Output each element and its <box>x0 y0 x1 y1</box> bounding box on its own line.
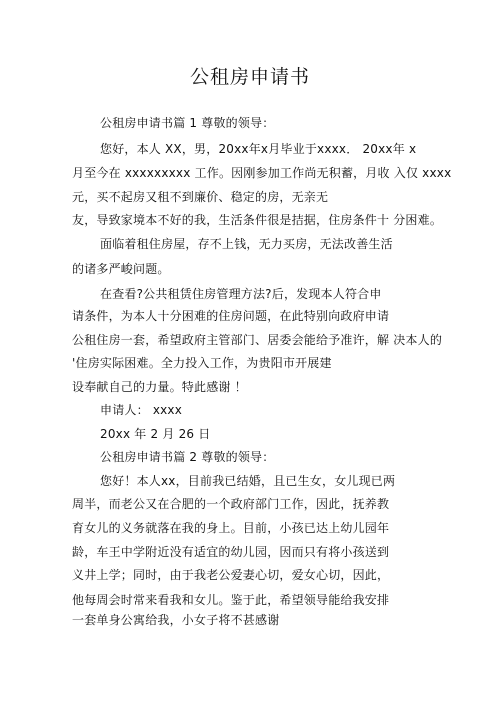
paragraph-line: 他每周会时常来看我和女儿。鉴于此，希望领导能给我安排 <box>72 593 389 607</box>
paragraph-line: '住房实际困难。全力投入工作，为贵阳市开展建 <box>72 356 332 370</box>
paragraph-line: 周半，而老公又在合肥的一个政府部门工作，因此，抚养教 <box>72 497 389 511</box>
section-2-heading: 公租房申请书篇 2 尊敬的领导： <box>100 450 274 464</box>
document-page: 公租房申请书 公租房申请书篇 1 尊敬的领导： 您好，本人 XX，男，20xx年… <box>0 0 500 708</box>
paragraph-line: 请条件，为本人十分困难的住房问题，在此特别向政府申请 <box>72 309 389 323</box>
paragraph-line: 在查看?公共租赁住房管理方法?后，发现本人符合申 <box>100 287 382 301</box>
signature-date: 20xx 年 2 月 26 日 <box>100 427 210 441</box>
paragraph-line: 您好！本人xx，目前我已结婚，且已生女，女儿现已两 <box>100 474 395 488</box>
paragraph-line: 公租住房一套，希望政府主管部门、居委会能给予准许，解 决本人的 <box>72 333 442 347</box>
paragraph-line: 龄，车王中学附近没有适宜的幼儿园，因而只有将小孩送到 <box>72 545 389 559</box>
paragraph-line: 的诸多严峻问题。 <box>72 262 170 276</box>
section-1-heading: 公租房申请书篇 1 尊敬的领导： <box>100 116 274 130</box>
paragraph-line: 一套单身公寓给我，小女子将不甚感谢 <box>72 613 279 627</box>
paragraph-line: 设奉献自己的力量。特此感谢 ！ <box>72 380 247 394</box>
paragraph-line: 元，买不起房又租不到廉价、稳定的房，无亲无 <box>72 190 328 204</box>
paragraph-line: 育女儿的义务就落在我的身上。目前，小孩已达上幼儿园年 <box>72 521 389 535</box>
paragraph-line: 义井上学；同时，由于我老公爱妻心切，爱女心切，因此， <box>72 568 389 582</box>
paragraph-line: 友，导致家境本不好的我，生活条件很是拮据，住房条件十 分困难。 <box>72 213 442 227</box>
document-title: 公租房申请书 <box>0 62 500 89</box>
applicant-signature: 申请人： xxxx <box>100 403 182 417</box>
paragraph-line: 您好，本人 XX，男，20xx年x月毕业于xxxx． 20xx年 x <box>100 142 416 156</box>
paragraph-line: 面临着租住房屋，存不上钱，无力买房，无法改善生活 <box>100 237 393 251</box>
paragraph-line: 月至今在 xxxxxxxxx 工作。因刚参加工作尚无积蓄，月收 入仅 xxxx <box>72 166 451 180</box>
